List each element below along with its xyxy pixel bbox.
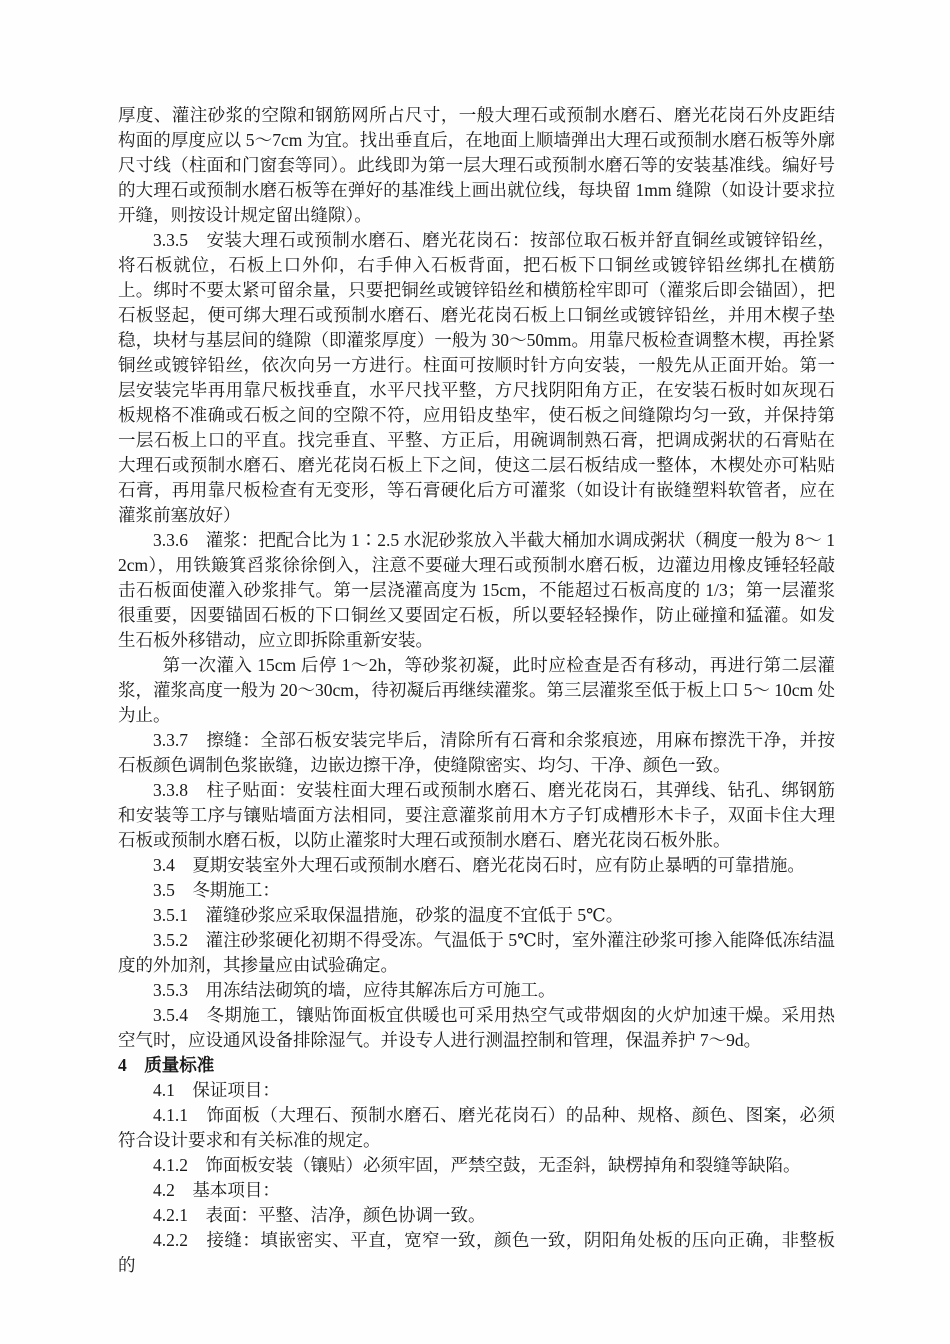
paragraph-4-2-2-joints: 4.2.2 接缝：填嵌密实、平直，宽窄一致，颜色一致，阴阳角处板的压向正确，非整… xyxy=(118,1228,835,1278)
paragraph-3-5-1-mortar-insulation: 3.5.1 灌缝砂浆应采取保温措施，砂浆的温度不宜低于 5℃。 xyxy=(118,903,835,928)
document-page: 厚度、灌注砂浆的空隙和钢筋网所占尺寸，一般大理石或预制水磨石、磨光花岗石外皮距结… xyxy=(0,0,950,1344)
paragraph-3-3-7-joint-wiping: 3.3.7 擦缝：全部石板安装完毕后，清除所有石膏和余浆痕迹，用麻布擦洗干净，并… xyxy=(118,728,835,778)
paragraph-3-3-8-column-facing: 3.3.8 柱子贴面：安装柱面大理石或预制水磨石、磨光花岗石，其弹线、钻孔、绑钢… xyxy=(118,778,835,853)
paragraph-3-3-6-grouting: 3.3.6 灌浆：把配合比为 1∶2.5 水泥砂浆放入半截大桶加水调成粥状（稠度… xyxy=(118,528,835,653)
paragraph-4-2-basic-items: 4.2 基本项目： xyxy=(118,1178,835,1203)
paragraph-3-5-3-frozen-wall: 3.5.3 用冻结法砌筑的墙，应待其解冻后方可施工。 xyxy=(118,978,835,1003)
paragraph-4-2-1-surface: 4.2.1 表面：平整、洁净，颜色协调一致。 xyxy=(118,1203,835,1228)
paragraph-3-5-2-freeze-protection: 3.5.2 灌注砂浆硬化初期不得受冻。气温低于 5℃时，室外灌注砂浆可掺入能降低… xyxy=(118,928,835,978)
paragraph-4-1-1-panel-specs: 4.1.1 饰面板（大理石、预制水磨石、磨光花岗石）的品种、规格、颜色、图案，必… xyxy=(118,1103,835,1153)
paragraph-3-5-4-winter-drying: 3.5.4 冬期施工，镶贴饰面板宜供暖也可采用热空气或带烟囱的火炉加速干燥。采用… xyxy=(118,1003,835,1053)
paragraph-3-5-winter-construction: 3.5 冬期施工： xyxy=(118,878,835,903)
section-heading-quality-standards: 4 质量标准 xyxy=(118,1053,835,1078)
paragraph-grouting-layers: 第一次灌入 15cm 后停 1～2h，等砂浆初凝，此时应检查是否有移动，再进行第… xyxy=(118,653,835,728)
paragraph-4-1-guaranteed-items: 4.1 保证项目： xyxy=(118,1078,835,1103)
paragraph-3-3-5-install-marble: 3.3.5 安装大理石或预制水磨石、磨光花岗石：按部位取石板并舒直铜丝或镀锌铅丝… xyxy=(118,228,835,528)
paragraph-continuation: 厚度、灌注砂浆的空隙和钢筋网所占尺寸，一般大理石或预制水磨石、磨光花岗石外皮距结… xyxy=(118,103,835,228)
paragraph-3-4-summer-install: 3.4 夏期安装室外大理石或预制水磨石、磨光花岗石时，应有防止暴晒的可靠措施。 xyxy=(118,853,835,878)
paragraph-4-1-2-panel-mounting: 4.1.2 饰面板安装（镶贴）必须牢固，严禁空鼓，无歪斜，缺楞掉角和裂缝等缺陷。 xyxy=(118,1153,835,1178)
